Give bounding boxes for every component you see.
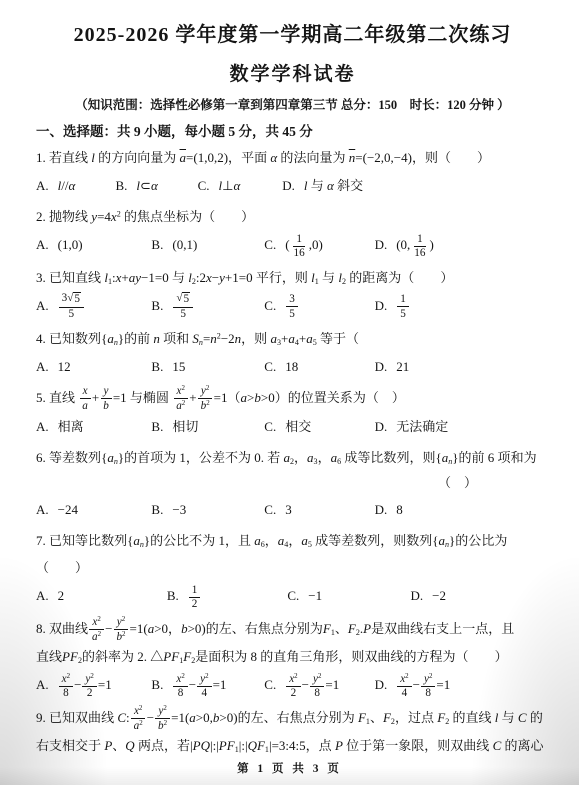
option-value: −24: [58, 502, 78, 517]
q2-option-A: A.(1,0): [36, 231, 151, 260]
q7-option-B: B.12: [167, 582, 288, 611]
q5-option-C: C.相交: [264, 413, 374, 440]
q9-text-line-2: 右支相交于 P、Q 两点，若|PQ|:|PF1|:|QF1|=3:4:5，点 P…: [36, 732, 549, 759]
q7-options-row: A.2B.12C.−1D.−2: [36, 582, 549, 611]
page-footer: 第 1 页 共 3 页: [0, 760, 579, 776]
q8-options-row: A.x28−y22=1B.x28−y24=1C.x22−y28=1D.x24−y…: [36, 671, 549, 700]
question-q9: 9. 已知双曲线 C:x2a2−y2b2=1(a>0,b>0)的左、右焦点分别为…: [36, 704, 549, 760]
option-value: x28−y24=1: [172, 677, 226, 692]
option-label: C.: [198, 178, 210, 193]
q4-option-D: D.21: [375, 353, 549, 380]
option-label: B.: [167, 588, 179, 603]
exam-page: 2025-2026 学年度第一学期高二年级第二次练习 数学学科试卷 （知识范围：…: [0, 0, 579, 785]
option-value: (0,1): [172, 237, 197, 252]
q9-text-line-1: 9. 已知双曲线 C:x2a2−y2b2=1(a>0,b>0)的左、右焦点分别为…: [36, 704, 549, 733]
option-label: C.: [264, 419, 276, 434]
fraction: y28: [421, 673, 435, 700]
fraction: x2a2: [131, 705, 146, 732]
exam-header: 2025-2026 学年度第一学期高二年级第二次练习 数学学科试卷 （知识范围：…: [36, 18, 549, 140]
q6-option-B: B.−3: [151, 496, 264, 523]
q8-option-A: A.x28−y22=1: [36, 671, 151, 700]
option-label: C.: [264, 298, 276, 313]
option-label: D.: [375, 677, 388, 692]
option-label: C.: [264, 359, 276, 374]
vector-symbol: a: [180, 150, 187, 165]
option-label: D.: [410, 588, 423, 603]
option-label: A.: [36, 677, 49, 692]
q5-options-row: A.相离B.相切C.相交D.无法确定: [36, 413, 549, 440]
q4-option-A: A.12: [36, 353, 151, 380]
q1-text-line-1: 1. 若直线 l 的方向向量为 a=(1,0,2)，平面 α 的法向量为 n=(…: [36, 144, 549, 171]
q5-option-D: D.无法确定: [375, 413, 549, 440]
option-label: B.: [151, 419, 163, 434]
option-value: 12: [58, 359, 71, 374]
q5-option-A: A.相离: [36, 413, 151, 440]
q4-option-B: B.15: [151, 353, 264, 380]
fraction: y2b2: [155, 705, 170, 732]
q6-option-D: D.8: [375, 496, 549, 523]
option-value: x28−y22=1: [58, 677, 112, 692]
questions-list: 1. 若直线 l 的方向向量为 a=(1,0,2)，平面 α 的法向量为 n=(…: [36, 144, 549, 759]
option-label: D.: [375, 359, 388, 374]
q3-option-C: C.35: [264, 292, 374, 321]
vector-symbol: n: [349, 150, 356, 165]
option-value: 3: [285, 502, 292, 517]
fraction: 3√55: [59, 292, 84, 320]
q6-text-line-1: 6. 等差数列{an}的首项为 1，公差不为 0. 若 a2，a3，a6 成等比…: [36, 444, 549, 471]
fraction: y24: [197, 673, 211, 700]
q1-options-row: A.l//αB.l⊂αC.l⊥αD.l 与 α 斜交: [36, 172, 549, 199]
option-value: (0,116): [396, 237, 434, 252]
option-value: 2: [58, 588, 65, 603]
q3-option-D: D.15: [375, 292, 549, 321]
option-value: 35: [285, 298, 299, 313]
option-value: 15: [396, 298, 410, 313]
option-value: l⊂α: [136, 178, 157, 193]
q3-option-A: A.3√55: [36, 292, 151, 321]
q1-option-A: A.l//α: [36, 172, 116, 199]
option-value: (116,0): [285, 237, 323, 252]
question-q2: 2. 抛物线 y=4x2 的焦点坐标为（ ）A.(1,0)B.(0,1)C.(1…: [36, 203, 549, 260]
q8-text-line-1: 8. 双曲线x2a2−y2b2=1(a>0，b>0)的左、右焦点分别为F1、F2…: [36, 615, 549, 644]
option-value: 相离: [58, 419, 84, 434]
q7-option-C: C.−1: [287, 582, 410, 611]
q8-option-D: D.x24−y28=1: [375, 671, 549, 700]
question-q7: 7. 已知等比数列{an}的公比不为 1，且 a6，a4，a5 成等差数列，则数…: [36, 527, 549, 611]
option-label: B.: [151, 677, 163, 692]
question-q5: 5. 直线 xa+yb=1 与椭圆 x2a2+y2b2=1（a>b>0）的位置关…: [36, 384, 549, 441]
option-value: 无法确定: [396, 419, 448, 434]
exam-scope-line: （知识范围：选择性必修第一章到第四章第三节 总分：150 时长：120 分钟 ）: [36, 95, 549, 113]
option-value: x24−y28=1: [396, 677, 450, 692]
fraction: x2a2: [173, 385, 188, 412]
fraction: x28: [59, 673, 73, 700]
q8-option-B: B.x28−y24=1: [151, 671, 264, 700]
section-heading: 一、选择题：共 9 小题，每小题 5 分，共 45 分: [36, 120, 549, 140]
question-q1: 1. 若直线 l 的方向向量为 a=(1,0,2)，平面 α 的法向量为 n=(…: [36, 144, 549, 199]
option-label: D.: [282, 178, 295, 193]
option-label: A.: [36, 419, 49, 434]
q2-options-row: A.(1,0)B.(0,1)C.(116,0)D.(0,116): [36, 231, 549, 260]
option-value: 相交: [285, 419, 311, 434]
question-q3: 3. 已知直线 l1:x+ay−1=0 与 l2:2x−y+1=0 平行，则 l…: [36, 264, 549, 321]
fraction: y28: [310, 673, 324, 700]
option-label: C.: [264, 237, 276, 252]
option-label: D.: [375, 237, 388, 252]
fraction: 116: [411, 233, 428, 260]
fraction: 35: [286, 293, 298, 320]
q8-text-line-2: 直线PF2的斜率为 2. △PF1F2是面积为 8 的直角三角形，则双曲线的方程…: [36, 643, 549, 670]
q7-option-D: D.−2: [410, 582, 549, 611]
option-value: l//α: [58, 178, 76, 193]
fraction: x22: [286, 673, 300, 700]
option-value: −2: [432, 588, 446, 603]
fraction: 116: [291, 233, 308, 260]
option-value: 15: [172, 359, 185, 374]
question-q6: 6. 等差数列{an}的首项为 1，公差不为 0. 若 a2，a3，a6 成等比…: [36, 444, 549, 523]
q6-answer-bracket: （ ）: [36, 471, 549, 495]
fraction: xa: [79, 385, 91, 412]
square-root: √5: [176, 292, 190, 306]
option-label: D.: [375, 502, 388, 517]
option-label: C.: [264, 502, 276, 517]
option-value: l⊥α: [219, 178, 241, 193]
fraction: y2b2: [198, 385, 213, 412]
q1-option-D: D.l 与 α 斜交: [282, 172, 549, 199]
option-label: B.: [151, 237, 163, 252]
fraction: x28: [173, 673, 187, 700]
option-value: x22−y28=1: [285, 677, 339, 692]
option-label: A.: [36, 502, 49, 517]
q3-text-line-1: 3. 已知直线 l1:x+ay−1=0 与 l2:2x−y+1=0 平行，则 l…: [36, 264, 549, 291]
q3-option-B: B.√55: [151, 292, 264, 321]
q4-option-C: C.18: [264, 353, 374, 380]
q5-text-line-1: 5. 直线 xa+yb=1 与椭圆 x2a2+y2b2=1（a>b>0）的位置关…: [36, 384, 549, 413]
q7-text-line-1: 7. 已知等比数列{an}的公比不为 1，且 a6，a4，a5 成等差数列，则数…: [36, 527, 549, 581]
q1-option-C: C.l⊥α: [198, 172, 283, 199]
option-value: 21: [396, 359, 409, 374]
option-value: √55: [172, 298, 194, 313]
q5-option-B: B.相切: [151, 413, 264, 440]
exam-title: 2025-2026 学年度第一学期高二年级第二次练习: [36, 18, 549, 47]
q2-text-line-1: 2. 抛物线 y=4x2 的焦点坐标为（ ）: [36, 203, 549, 230]
fraction: √55: [173, 292, 193, 320]
option-label: A.: [36, 178, 49, 193]
fraction: x2a2: [89, 616, 104, 643]
q6-option-C: C.3: [264, 496, 374, 523]
q7-option-A: A.2: [36, 582, 167, 611]
fraction: 12: [189, 584, 201, 611]
option-label: A.: [36, 359, 49, 374]
option-value: −1: [308, 588, 322, 603]
q2-option-C: C.(116,0): [264, 231, 374, 260]
option-label: A.: [36, 588, 49, 603]
option-label: D.: [375, 298, 388, 313]
option-label: B.: [116, 178, 128, 193]
option-label: B.: [151, 359, 163, 374]
option-value: 3√55: [58, 298, 85, 313]
fraction: yb: [100, 385, 112, 412]
fraction: y22: [82, 673, 96, 700]
option-label: D.: [375, 419, 388, 434]
option-value: 相切: [172, 419, 198, 434]
q8-option-C: C.x22−y28=1: [264, 671, 374, 700]
exam-subtitle: 数学学科试卷: [36, 59, 549, 86]
fraction: 15: [397, 293, 409, 320]
question-q8: 8. 双曲线x2a2−y2b2=1(a>0，b>0)的左、右焦点分别为F1、F2…: [36, 615, 549, 700]
option-label: B.: [151, 298, 163, 313]
fraction: x24: [397, 673, 411, 700]
question-q4: 4. 已知数列{an}的前 n 项和 Sn=n2−2n，则 a3+a4+a5 等…: [36, 325, 549, 380]
option-value: −3: [172, 502, 186, 517]
q6-options-row: A.−24B.−3C.3D.8: [36, 496, 549, 523]
q1-option-B: B.l⊂α: [116, 172, 198, 199]
option-label: A.: [36, 237, 49, 252]
q4-text-line-1: 4. 已知数列{an}的前 n 项和 Sn=n2−2n，则 a3+a4+a5 等…: [36, 325, 549, 352]
option-value: 8: [396, 502, 403, 517]
option-label: C.: [287, 588, 299, 603]
q4-options-row: A.12B.15C.18D.21: [36, 353, 549, 380]
option-value: (1,0): [58, 237, 83, 252]
q2-option-B: B.(0,1): [151, 231, 264, 260]
q2-option-D: D.(0,116): [375, 231, 549, 260]
fraction: y2b2: [113, 616, 128, 643]
square-root: √5: [67, 292, 81, 306]
option-label: C.: [264, 677, 276, 692]
option-label: B.: [151, 502, 163, 517]
option-value: l 与 α 斜交: [304, 178, 363, 193]
option-label: A.: [36, 298, 49, 313]
option-value: 12: [188, 588, 202, 603]
q6-option-A: A.−24: [36, 496, 151, 523]
q3-options-row: A.3√55B.√55C.35D.15: [36, 292, 549, 321]
option-value: 18: [285, 359, 298, 374]
